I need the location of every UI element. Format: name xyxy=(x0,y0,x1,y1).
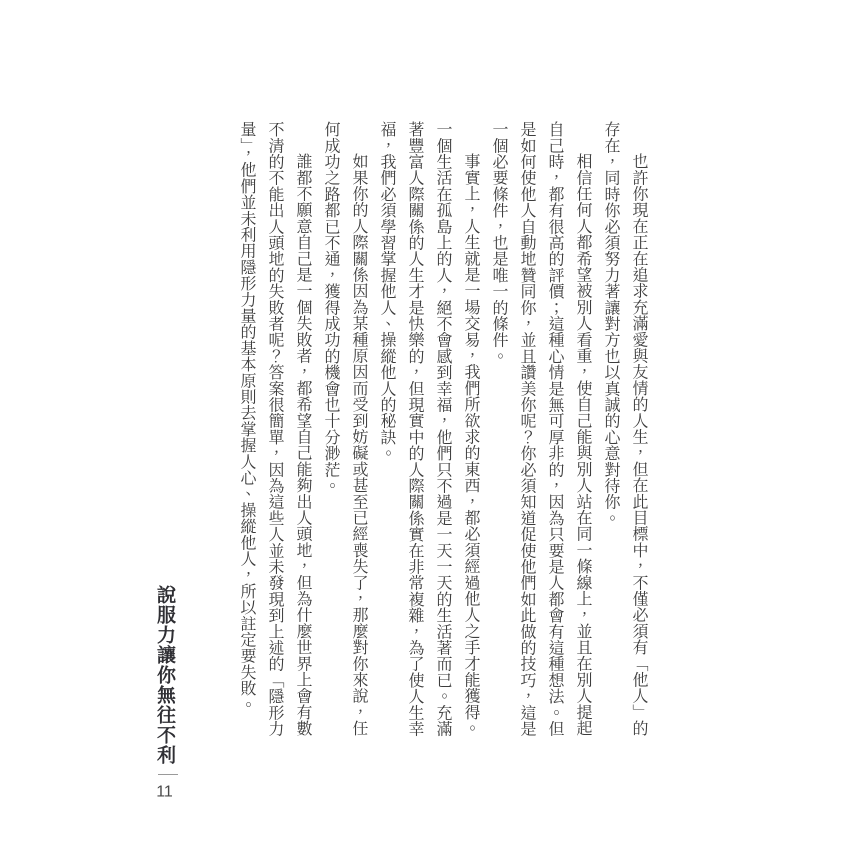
book-page: 也許你現在正在追求充滿愛與友情的人生，但在此目標中，不僅必須有「他人」的存在，同… xyxy=(0,0,850,850)
paragraph-2: 相信任何人都希望被別人看重，使自己能與別人站在同一條線上，並且在別人提起自己時，… xyxy=(484,121,596,747)
book-title: 說服力讓你無往不利 xyxy=(154,585,175,765)
paragraph-4: 如果你的人際關係因為某種原因而受到妨礙或甚至已經喪失了，那麼對你來說，任何成功之… xyxy=(316,121,372,747)
footer-divider-line xyxy=(158,774,178,775)
paragraph-1: 也許你現在正在追求充滿愛與友情的人生，但在此目標中，不僅必須有「他人」的存在，同… xyxy=(596,121,652,747)
paragraph-3: 事實上，人生就是一場交易，我們所欲求的東西，都必須經過他人之手才能獲得。一個生活… xyxy=(372,121,484,747)
paragraph-5: 誰都不願意自己是一個失敗者，都希望自己能夠出人頭地，但為什麼世界上會有數不清的不… xyxy=(232,121,316,747)
body-text: 也許你現在正在追求充滿愛與友情的人生，但在此目標中，不僅必須有「他人」的存在，同… xyxy=(232,121,652,747)
page-number: 11 xyxy=(156,784,173,800)
running-footer: 說服力讓你無往不利11 xyxy=(151,585,178,800)
